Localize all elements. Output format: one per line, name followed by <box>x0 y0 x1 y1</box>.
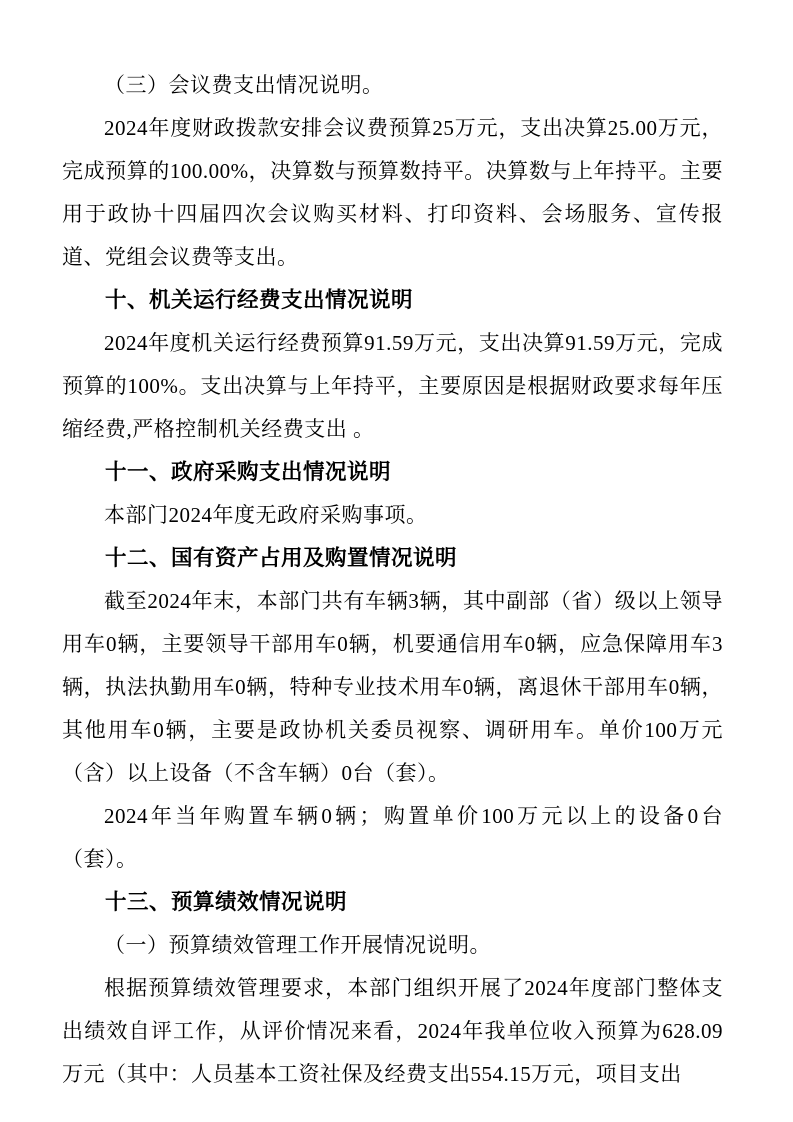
document-page: （三）会议费支出情况说明。 2024年度财政拨款安排会议费预算25万元，支出决算… <box>0 0 793 1122</box>
para-performance-management-title: （一）预算绩效管理工作开展情况说明。 <box>62 924 723 967</box>
heading-13-budget-performance: 十三、预算绩效情况说明 <box>62 881 723 924</box>
document-body: （三）会议费支出情况说明。 2024年度财政拨款安排会议费预算25万元，支出决算… <box>62 64 723 1096</box>
para-government-procurement-detail: 本部门2024年度无政府采购事项。 <box>62 494 723 537</box>
para-operating-expenses-detail: 2024年度机关运行经费预算91.59万元，支出决算91.59万元，完成预算的1… <box>62 322 723 451</box>
para-vehicle-equipment-purchase-detail: 2024年当年购置车辆0辆；购置单价100万元以上的设备0台（套）。 <box>62 795 723 881</box>
heading-12-state-assets-occupancy: 十二、国有资产占用及购置情况说明 <box>62 537 723 580</box>
para-meeting-fee-detail: 2024年度财政拨款安排会议费预算25万元，支出决算25.00万元，完成预算的1… <box>62 107 723 279</box>
heading-10-agency-operating-expenses: 十、机关运行经费支出情况说明 <box>62 279 723 322</box>
para-state-assets-vehicles-detail: 截至2024年末，本部门共有车辆3辆，其中副部（省）级以上领导用车0辆，主要领导… <box>62 580 723 795</box>
heading-11-government-procurement: 十一、政府采购支出情况说明 <box>62 451 723 494</box>
para-performance-self-evaluation: 根据预算绩效管理要求，本部门组织开展了2024年度部门整体支出绩效自评工作，从评… <box>62 967 723 1096</box>
para-section-3-meeting-fee-title: （三）会议费支出情况说明。 <box>62 64 723 107</box>
